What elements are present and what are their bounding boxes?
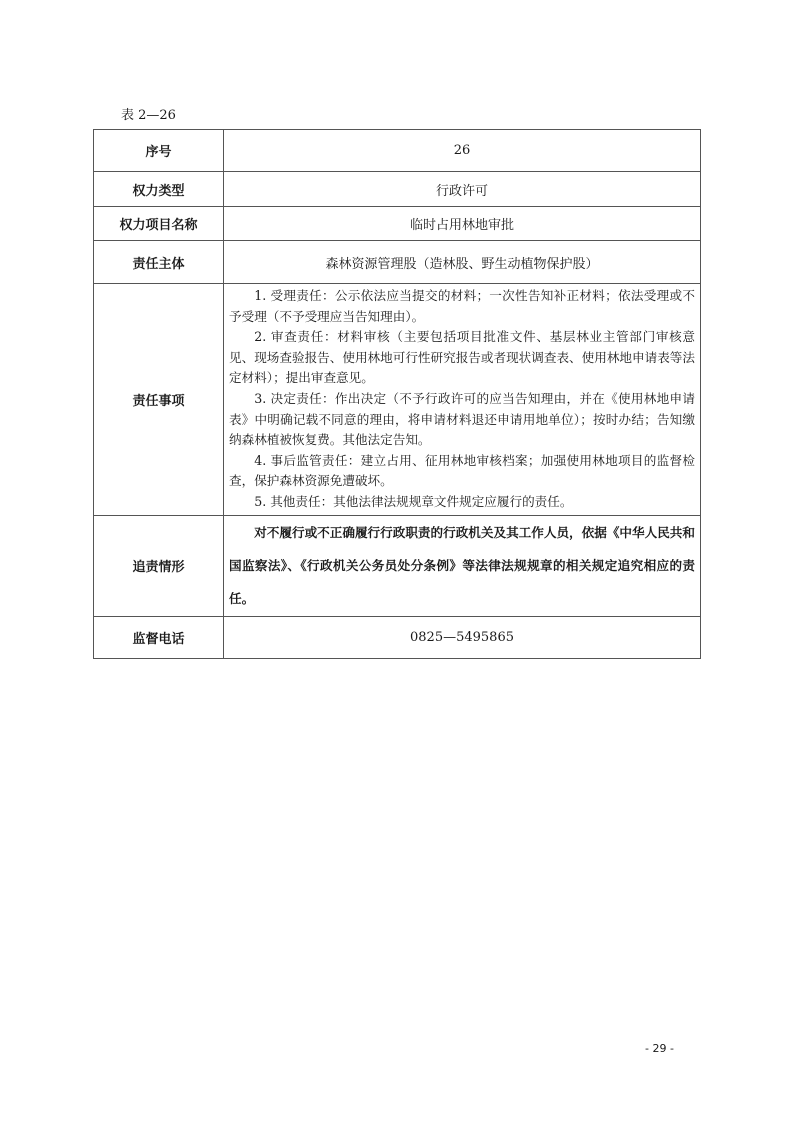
accountability-text: 对不履行或不正确履行行政职责的行政机关及其工作人员，依据《中华人民共和国监察法》… <box>229 516 695 615</box>
responsibility-item-other: 5. 其他责任：其他法律法规规章文件规定应履行的责任。 <box>229 492 695 513</box>
power-type-value: 行政许可 <box>224 172 701 207</box>
table-row-power-item: 权力项目名称 临时占用林地审批 <box>94 207 701 241</box>
responsibilities-list: 1. 受理责任：公示依法应当提交的材料；一次性告知补正材料；依法受理或不予受理（… <box>224 284 701 516</box>
phone-value: 0825—5495865 <box>224 616 701 658</box>
serial-value: 26 <box>224 130 701 172</box>
responsibility-item-decision: 3. 决定责任：作出决定（不予行政许可的应当告知理由，并在《使用林地申请表》中明… <box>229 389 695 451</box>
table-row-power-type: 权力类型 行政许可 <box>94 172 701 207</box>
table-caption: 表 2—26 <box>121 108 176 124</box>
power-duty-table: 序号 26 权力类型 行政许可 权力项目名称 临时占用林地审批 责任主体 森林资… <box>93 129 701 659</box>
power-item-label: 权力项目名称 <box>94 207 224 241</box>
page-number: - 29 - <box>645 1042 674 1055</box>
power-item-value: 临时占用林地审批 <box>224 207 701 241</box>
responsibility-item-review: 2. 审查责任：材料审核（主要包括项目批准文件、基层林业主管部门审核意见、现场查… <box>229 327 695 389</box>
table-row-responsible-body: 责任主体 森林资源管理股（造林股、野生动植物保护股） <box>94 241 701 284</box>
table-row-serial: 序号 26 <box>94 130 701 172</box>
power-type-label: 权力类型 <box>94 172 224 207</box>
table-row-responsibilities: 责任事项 1. 受理责任：公示依法应当提交的材料；一次性告知补正材料；依法受理或… <box>94 284 701 516</box>
accountability-label: 追责情形 <box>94 515 224 616</box>
responsible-body-value: 森林资源管理股（造林股、野生动植物保护股） <box>224 241 701 284</box>
responsibility-item-supervision: 4. 事后监管责任：建立占用、征用林地审核档案；加强使用林地项目的监督检查，保护… <box>229 451 695 492</box>
responsible-body-label: 责任主体 <box>94 241 224 284</box>
phone-label: 监督电话 <box>94 616 224 658</box>
serial-label: 序号 <box>94 130 224 172</box>
responsibilities-label: 责任事项 <box>94 284 224 516</box>
table-row-phone: 监督电话 0825—5495865 <box>94 616 701 658</box>
responsibility-item-acceptance: 1. 受理责任：公示依法应当提交的材料；一次性告知补正材料；依法受理或不予受理（… <box>229 286 695 327</box>
table-row-accountability: 追责情形 对不履行或不正确履行行政职责的行政机关及其工作人员，依据《中华人民共和… <box>94 515 701 616</box>
accountability-cell: 对不履行或不正确履行行政职责的行政机关及其工作人员，依据《中华人民共和国监察法》… <box>224 515 701 616</box>
